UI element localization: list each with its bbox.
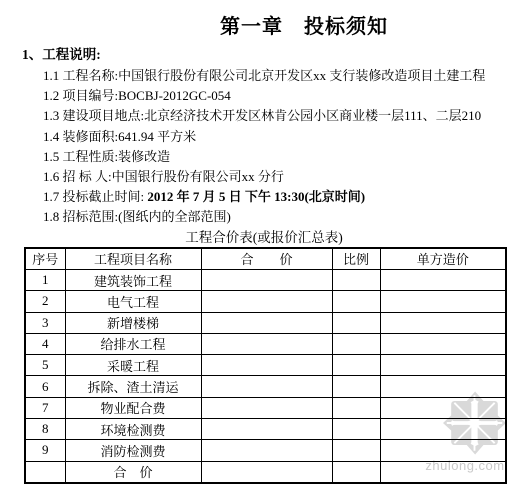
cell-total bbox=[201, 376, 332, 397]
price-table: 序号 工程项目名称 合 价 比例 单方造价 1 建筑装饰工程 2 电气工程 bbox=[24, 247, 507, 484]
cell-unit-price bbox=[380, 419, 506, 440]
list-item-1-6: 1.6 招 标 人:中国银行股份有限公司xx 分行 bbox=[43, 167, 528, 187]
table-row: 8 环境检测费 bbox=[25, 419, 506, 440]
cell-total bbox=[201, 419, 332, 440]
cell-no: 2 bbox=[25, 291, 65, 312]
cell-ratio bbox=[332, 440, 380, 461]
cell-no bbox=[25, 461, 65, 483]
cell-name: 环境检测费 bbox=[65, 419, 201, 440]
item-text: 1.3 建设项目地点:北京经济技术开发区林肯公园小区商业楼一层111、二层210 bbox=[43, 108, 481, 123]
cell-total bbox=[201, 333, 332, 354]
cell-unit-price bbox=[380, 376, 506, 397]
cell-unit-price bbox=[380, 291, 506, 312]
cell-unit-price bbox=[380, 440, 506, 461]
list-item-1-5: 1.5 工程性质:装修改造 bbox=[43, 147, 528, 167]
table-row: 4 给排水工程 bbox=[25, 333, 506, 354]
header-total-price: 合 价 bbox=[201, 248, 332, 270]
table-row: 9 消防检测费 bbox=[25, 440, 506, 461]
header-unit-price: 单方造价 bbox=[380, 248, 506, 270]
list-item-1-7: 1.7 投标截止时间: 2012 年 7 月 5 日 下午 13:30(北京时间… bbox=[43, 187, 528, 207]
item-text: 1.6 招 标 人:中国银行股份有限公司xx 分行 bbox=[43, 169, 284, 184]
cell-unit-price bbox=[380, 461, 506, 483]
cell-ratio bbox=[332, 397, 380, 418]
table-total-row: 合 价 bbox=[25, 461, 506, 483]
cell-name: 采暖工程 bbox=[65, 355, 201, 376]
item-text: 1.8 招标范围:(图纸内的全部范围) bbox=[43, 209, 231, 224]
cell-name: 拆除、渣土清运 bbox=[65, 376, 201, 397]
cell-no: 5 bbox=[25, 355, 65, 376]
table-row: 6 拆除、渣土清运 bbox=[25, 376, 506, 397]
section-heading: 1、工程说明: bbox=[22, 47, 528, 62]
cell-no: 8 bbox=[25, 419, 65, 440]
cell-total bbox=[201, 312, 332, 333]
cell-no: 4 bbox=[25, 333, 65, 354]
cell-total bbox=[201, 291, 332, 312]
list-item-1-2: 1.2 项目编号:BOCBJ-2012GC-054 bbox=[43, 86, 528, 106]
chapter-title: 第一章 投标须知 bbox=[0, 15, 528, 39]
cell-no: 7 bbox=[25, 397, 65, 418]
item-text: 1.5 工程性质:装修改造 bbox=[43, 149, 170, 164]
item-text: 1.1 工程名称:中国银行股份有限公司北京开发区xx 支行装修改造项目土建工程 bbox=[43, 68, 485, 83]
cell-unit-price bbox=[380, 269, 506, 290]
cell-unit-price bbox=[380, 312, 506, 333]
item-text: 1.4 装修面积:641.94 平方米 bbox=[43, 129, 196, 144]
cell-name: 电气工程 bbox=[65, 291, 201, 312]
header-seq: 序号 bbox=[25, 248, 65, 270]
cell-no: 1 bbox=[25, 269, 65, 290]
item-list: 1.1 工程名称:中国银行股份有限公司北京开发区xx 支行装修改造项目土建工程 … bbox=[43, 66, 528, 228]
item-bold-text: 2012 年 7 月 5 日 下午 13:30(北京时间) bbox=[147, 189, 365, 204]
list-item-1-1: 1.1 工程名称:中国银行股份有限公司北京开发区xx 支行装修改造项目土建工程 bbox=[43, 66, 528, 86]
table-title: 工程合价表(或报价汇总表) bbox=[0, 230, 528, 245]
cell-total bbox=[201, 355, 332, 376]
list-item-1-3: 1.3 建设项目地点:北京经济技术开发区林肯公园小区商业楼一层111、二层210 bbox=[43, 106, 528, 126]
cell-name: 给排水工程 bbox=[65, 333, 201, 354]
table-row: 3 新增楼梯 bbox=[25, 312, 506, 333]
cell-name: 新增楼梯 bbox=[65, 312, 201, 333]
cell-total bbox=[201, 397, 332, 418]
item-text: 1.2 项目编号:BOCBJ-2012GC-054 bbox=[43, 88, 231, 103]
cell-unit-price bbox=[380, 355, 506, 376]
cell-unit-price bbox=[380, 397, 506, 418]
cell-ratio bbox=[332, 355, 380, 376]
cell-no: 6 bbox=[25, 376, 65, 397]
cell-no: 3 bbox=[25, 312, 65, 333]
cell-ratio bbox=[332, 333, 380, 354]
cell-name: 物业配合费 bbox=[65, 397, 201, 418]
cell-ratio bbox=[332, 291, 380, 312]
table-header-row: 序号 工程项目名称 合 价 比例 单方造价 bbox=[25, 248, 506, 270]
header-ratio: 比例 bbox=[332, 248, 380, 270]
cell-unit-price bbox=[380, 333, 506, 354]
cell-ratio bbox=[332, 376, 380, 397]
table-row: 2 电气工程 bbox=[25, 291, 506, 312]
document-page: zhulong.com 第一章 投标须知 1、工程说明: 1.1 工程名称:中国… bbox=[0, 0, 528, 496]
cell-ratio bbox=[332, 269, 380, 290]
table-row: 1 建筑装饰工程 bbox=[25, 269, 506, 290]
table-row: 5 采暖工程 bbox=[25, 355, 506, 376]
item-text: 1.7 投标截止时间: bbox=[43, 189, 147, 204]
list-item-1-4: 1.4 装修面积:641.94 平方米 bbox=[43, 127, 528, 147]
cell-ratio bbox=[332, 312, 380, 333]
cell-name: 消防检测费 bbox=[65, 440, 201, 461]
cell-name: 合 价 bbox=[65, 461, 201, 483]
cell-name: 建筑装饰工程 bbox=[65, 269, 201, 290]
table-row: 7 物业配合费 bbox=[25, 397, 506, 418]
cell-no: 9 bbox=[25, 440, 65, 461]
cell-ratio bbox=[332, 419, 380, 440]
list-item-1-8: 1.8 招标范围:(图纸内的全部范围) bbox=[43, 207, 528, 227]
cell-total bbox=[201, 269, 332, 290]
cell-total bbox=[201, 440, 332, 461]
cell-total bbox=[201, 461, 332, 483]
header-project-name: 工程项目名称 bbox=[65, 248, 201, 270]
cell-ratio bbox=[332, 461, 380, 483]
